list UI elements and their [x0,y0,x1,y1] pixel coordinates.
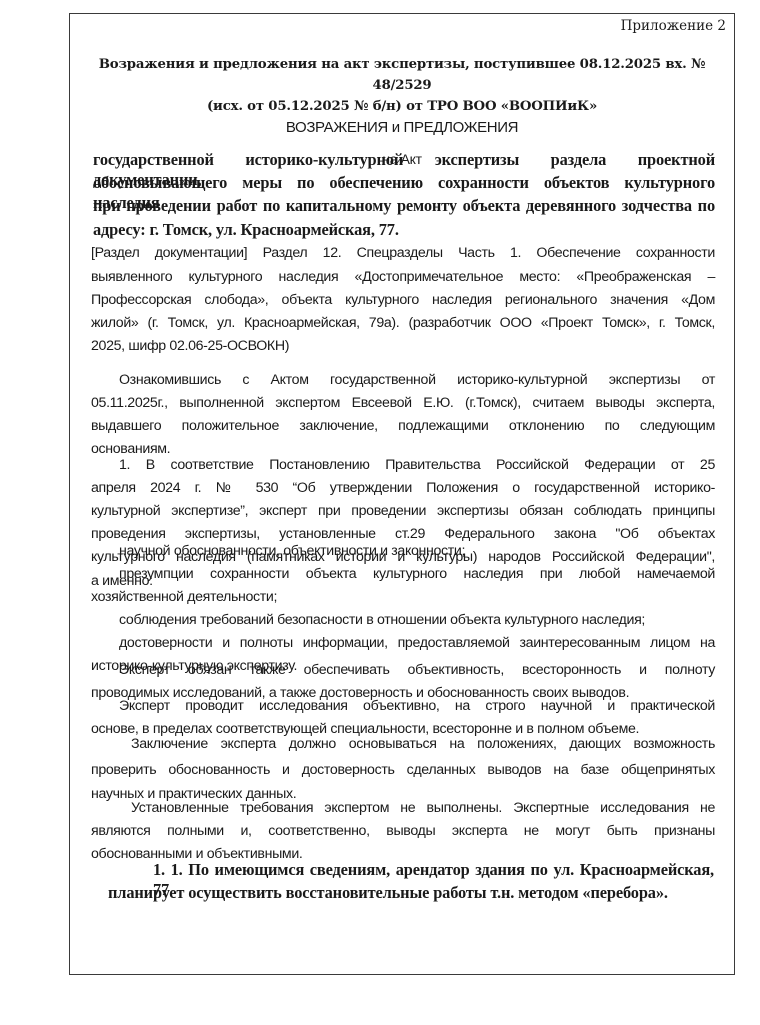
principle-item: презумпции сохранности объекта культурно… [119,566,715,582]
requirements-line: являются полными и, соответственно, выво… [91,823,715,839]
intro-line: основаниям. [91,441,170,457]
principle-item: достоверности и полноты информации, пред… [119,635,715,651]
header-line: (исх. от 05.12.2025 № б/н) от ТРО ВОО «В… [70,96,734,117]
act-line: адресу: г. Томск, ул. Красноармейская, 7… [93,220,399,240]
section-line: [Раздел документации] Раздел 12. Спецраз… [91,245,715,261]
obligation-line: Эксперт обязан также обеспечивать объект… [119,662,715,678]
conclusion-line: Заключение эксперта должно основываться … [131,736,715,752]
point1-line: 1. В соответствие Постановлению Правител… [119,457,715,473]
point1-line: апреля 2024 г. № 530 “Об утверждении Пол… [91,480,715,496]
intro-line: 05.11.2025г., выполненной экспертом Евсе… [91,395,715,411]
section-line: 2025, шифр 02.06-25-ОСВОКН) [91,338,289,354]
document-header: Возражения и предложения на акт эксперти… [70,54,734,117]
principle-item-cont: хозяйственной деятельности; [91,589,277,605]
appendix-label: Приложение 2 [621,18,726,34]
conduct-line: Эксперт проводит исследования объективно… [119,698,715,714]
point1-line: культурной экспертизе”, эксперт при пров… [91,503,715,519]
intro-line: выдавшего положительное заключение, подл… [91,418,715,434]
requirements-line: Установленные требования экспертом не вы… [131,800,715,816]
conduct-line: основе, в пределах соответствующей специ… [91,721,639,737]
document-title: ВОЗРАЖЕНИЯ и ПРЕДЛОЖЕНИЯ [70,119,734,136]
intro-line: Ознакомившись с Актом государственной ис… [119,372,715,388]
point1-line: проведения экспертизы, установленные ст.… [91,526,715,542]
act-line: при проведении работ по капитальному рем… [93,196,715,216]
header-line: Возражения и предложения на акт эксперти… [70,54,734,96]
principle-item: соблюдения требований безопасности в отн… [119,612,645,628]
section-line: жилой» (г. Томск, ул. Красноармейская, 7… [91,315,715,331]
point11-line: планирует осуществить восстановительные … [108,883,668,903]
principle-item: научной обоснованности, объективности и … [119,543,465,559]
document-frame: Приложение 2 Возражения и предложения на… [69,13,735,975]
section-line: Профессорская слобода», объекта культурн… [91,292,715,308]
section-line: выявленного культурного наследия «Достоп… [91,269,715,285]
conclusion-line: проверить обоснованность и достоверность… [91,762,715,778]
